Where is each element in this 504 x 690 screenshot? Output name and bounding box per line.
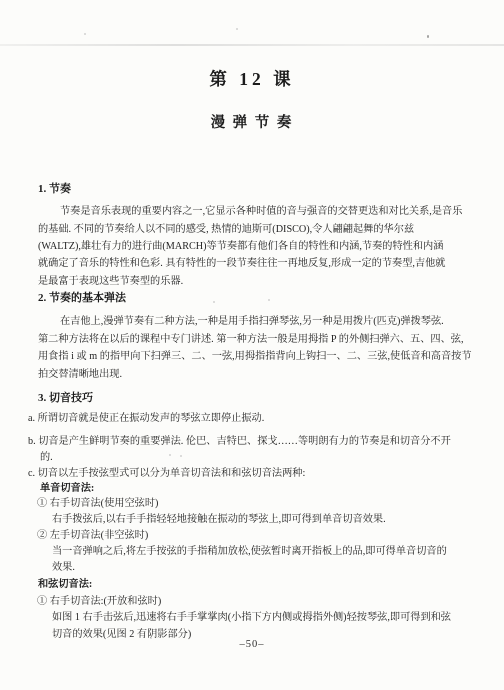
lesson-subtitle: 漫 弹 节 奏 — [0, 116, 504, 131]
section-3-heading: 3. 切音技巧 — [38, 392, 93, 404]
scan-speck — [236, 28, 238, 30]
single-note-method-2: ② 左手切音法(非空弦时) — [37, 530, 148, 542]
single-note-method-2-text-cont: 效果. — [52, 562, 75, 574]
scan-speck — [268, 299, 270, 301]
section-2-heading: 2. 节奏的基本弹法 — [38, 292, 126, 304]
scan-speck — [84, 33, 86, 35]
single-note-method-1: ① 右手切音法(使用空弦时) — [37, 498, 158, 510]
page-number: –50– — [0, 639, 504, 650]
document-page: 第 12 课 漫 弹 节 奏 1. 节奏 节奏是音乐表现的重要内容之一,它显示各… — [0, 0, 504, 690]
scan-speck — [213, 301, 215, 303]
chord-method-1-text: 如图 1 右手击弦后,迅速将右手手掌掌肉(小指下方内侧或拇指外侧)轻按琴弦,即可… — [52, 612, 451, 624]
single-note-method-1-text: 右手拨弦后,以右手手指轻轻地接触在振动的琴弦上,即可得到单音切音效果. — [52, 514, 386, 526]
section-2-text-line: 第二种方法将在以后的课程中专门讲述. 第一种方法一般是用拇指 P 的外侧扫弹六、… — [38, 334, 464, 346]
section-1-text-line: (WALTZ),雄壮有力的进行曲(MARCH)等节奏都有他们各自的特性和内涵,节… — [38, 241, 443, 253]
scan-speck — [427, 35, 429, 38]
section-1-text-line: 的基础. 不同的节奏给人以不同的感受, 热情的迪斯可(DISCO),令人翩翩起舞… — [38, 224, 414, 236]
section-1-text-line: 节奏是音乐表现的重要内容之一,它显示各种时值的音与强音的交替更迭和对比关系,是音… — [60, 206, 462, 218]
section-3-item-a: a. 所谓切音就是使正在振动发声的琴弦立即停止振动. — [28, 413, 264, 425]
section-1-heading: 1. 节奏 — [38, 183, 71, 195]
single-note-cut-subheading: 单音切音法: — [40, 483, 94, 495]
section-3-item-b-cont: 的. — [40, 452, 53, 464]
section-3-item-b: b. 切音是产生鲜明节奏的重要弹法. 伦巴、吉特巴、探戈……等明朗有力的节奏是和… — [28, 436, 451, 448]
chord-method-1: ① 右手切音法:(开放和弦时) — [37, 596, 161, 608]
chord-cut-subheading: 和弦切音法: — [38, 579, 92, 591]
section-3-item-c: c. 切音以左手按弦型式可以分为单音切音法和和弦切音法两种: — [28, 468, 305, 480]
scan-speck — [180, 455, 182, 457]
section-2-text-line: 拍交替清晰地出现. — [38, 369, 122, 381]
section-2-text-line: 在吉他上,漫弹节奏有二种方法,一种是用手指扫弹琴弦,另一种是用拨片(匹克)弹拨琴… — [60, 316, 444, 328]
section-1-text-line: 是最富于表现这些节奏型的乐器. — [38, 276, 183, 288]
section-2-text-line: 用食指 i 或 m 的指甲向下扫弹三、二、一弦,用拇指指背向上钩扫一、二、三弦,… — [38, 351, 472, 363]
scan-speck — [169, 454, 171, 456]
single-note-method-2-text: 当一音弹响之后,将左手按弦的手指稍加放松,使弦暂时离开指板上的品,即可得单音切音… — [52, 546, 447, 558]
lesson-title: 第 12 课 — [0, 70, 504, 88]
section-1-text-line: 就确定了音乐的特性和色彩. 具有特性的一段节奏往往一再地反复,形成一定的节奏型,… — [38, 258, 446, 270]
scan-artifact-streak — [0, 44, 504, 46]
